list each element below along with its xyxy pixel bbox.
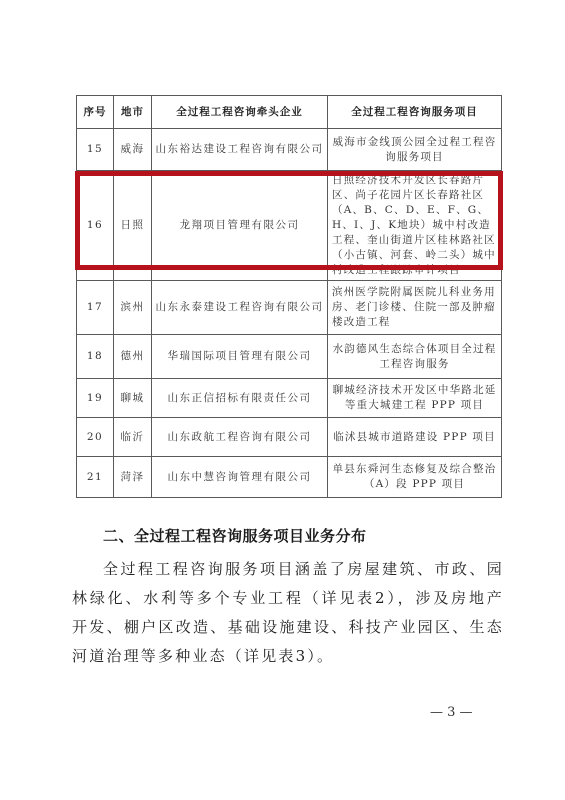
body-paragraph: 全过程工程咨询服务项目涵盖了房屋建筑、市政、园林绿化、水利等多个专业工程（详见表… [72, 555, 504, 671]
table-row: 18 德州 华瑞国际项目管理有限公司 水韵德风生态综合体项目全过程工程咨询服务 [77, 335, 502, 379]
cell-no: 21 [77, 457, 114, 498]
projects-table: 序号 地市 全过程工程咨询牵头企业 全过程工程咨询服务项目 15 威海 山东裕达… [76, 95, 502, 498]
cell-project: 聊城经济技术开发区中华路北延等重大城建工程 PPP 项目 [328, 379, 502, 418]
cell-city: 滨州 [114, 281, 152, 335]
header-project: 全过程工程咨询服务项目 [328, 96, 502, 129]
cell-no: 16 [77, 171, 114, 281]
cell-no: 17 [77, 281, 114, 335]
cell-no: 19 [77, 379, 114, 418]
cell-project: 单县东舜河生态修复及综合整治（A）段 PPP 项目 [328, 457, 502, 498]
table-row: 21 菏泽 山东中慧咨询管理有限公司 单县东舜河生态修复及综合整治（A）段 PP… [77, 457, 502, 498]
cell-company: 山东永泰建设工程咨询有限公司 [152, 281, 328, 335]
cell-project: 水韵德风生态综合体项目全过程工程咨询服务 [328, 335, 502, 379]
cell-company: 山东政航工程咨询有限公司 [152, 418, 328, 457]
cell-project: 临沭县城市道路建设 PPP 项目 [328, 418, 502, 457]
projects-table-container: 序号 地市 全过程工程咨询牵头企业 全过程工程咨询服务项目 15 威海 山东裕达… [76, 95, 501, 498]
table-row: 19 聊城 山东正信招标有限责任公司 聊城经济技术开发区中华路北延等重大城建工程… [77, 379, 502, 418]
table-row: 15 威海 山东裕达建设工程咨询有限公司 威海市金线顶公园全过程工程咨询服务项目 [77, 129, 502, 171]
section-heading: 二、全过程工程咨询服务项目业务分布 [103, 525, 367, 546]
cell-city: 聊城 [114, 379, 152, 418]
cell-company: 山东正信招标有限责任公司 [152, 379, 328, 418]
cell-city: 德州 [114, 335, 152, 379]
cell-no: 15 [77, 129, 114, 171]
cell-no: 20 [77, 418, 114, 457]
cell-company: 山东中慧咨询管理有限公司 [152, 457, 328, 498]
cell-city: 临沂 [114, 418, 152, 457]
header-no: 序号 [77, 96, 114, 129]
page-number: — 3 — [430, 705, 473, 720]
cell-project: 滨州医学院附属医院儿科业务用房、老门诊楼、住院一部及肿瘤楼改造工程 [328, 281, 502, 335]
table-header-row: 序号 地市 全过程工程咨询牵头企业 全过程工程咨询服务项目 [77, 96, 502, 129]
table-row: 20 临沂 山东政航工程咨询有限公司 临沭县城市道路建设 PPP 项目 [77, 418, 502, 457]
cell-company: 山东裕达建设工程咨询有限公司 [152, 129, 328, 171]
cell-project: 威海市金线顶公园全过程工程咨询服务项目 [328, 129, 502, 171]
table-row: 17 滨州 山东永泰建设工程咨询有限公司 滨州医学院附属医院儿科业务用房、老门诊… [77, 281, 502, 335]
cell-city: 威海 [114, 129, 152, 171]
cell-company: 华瑞国际项目管理有限公司 [152, 335, 328, 379]
cell-company: 龙翔项目管理有限公司 [152, 171, 328, 281]
header-city: 地市 [114, 96, 152, 129]
header-company: 全过程工程咨询牵头企业 [152, 96, 328, 129]
table-row-highlighted: 16 日照 龙翔项目管理有限公司 日照经济技术开发区长春路片区、尚子花园片区长春… [77, 171, 502, 281]
cell-city: 菏泽 [114, 457, 152, 498]
cell-city: 日照 [114, 171, 152, 281]
cell-project: 日照经济技术开发区长春路片区、尚子花园片区长春路社区（A、B、C、D、E、F、G… [328, 171, 502, 281]
cell-no: 18 [77, 335, 114, 379]
